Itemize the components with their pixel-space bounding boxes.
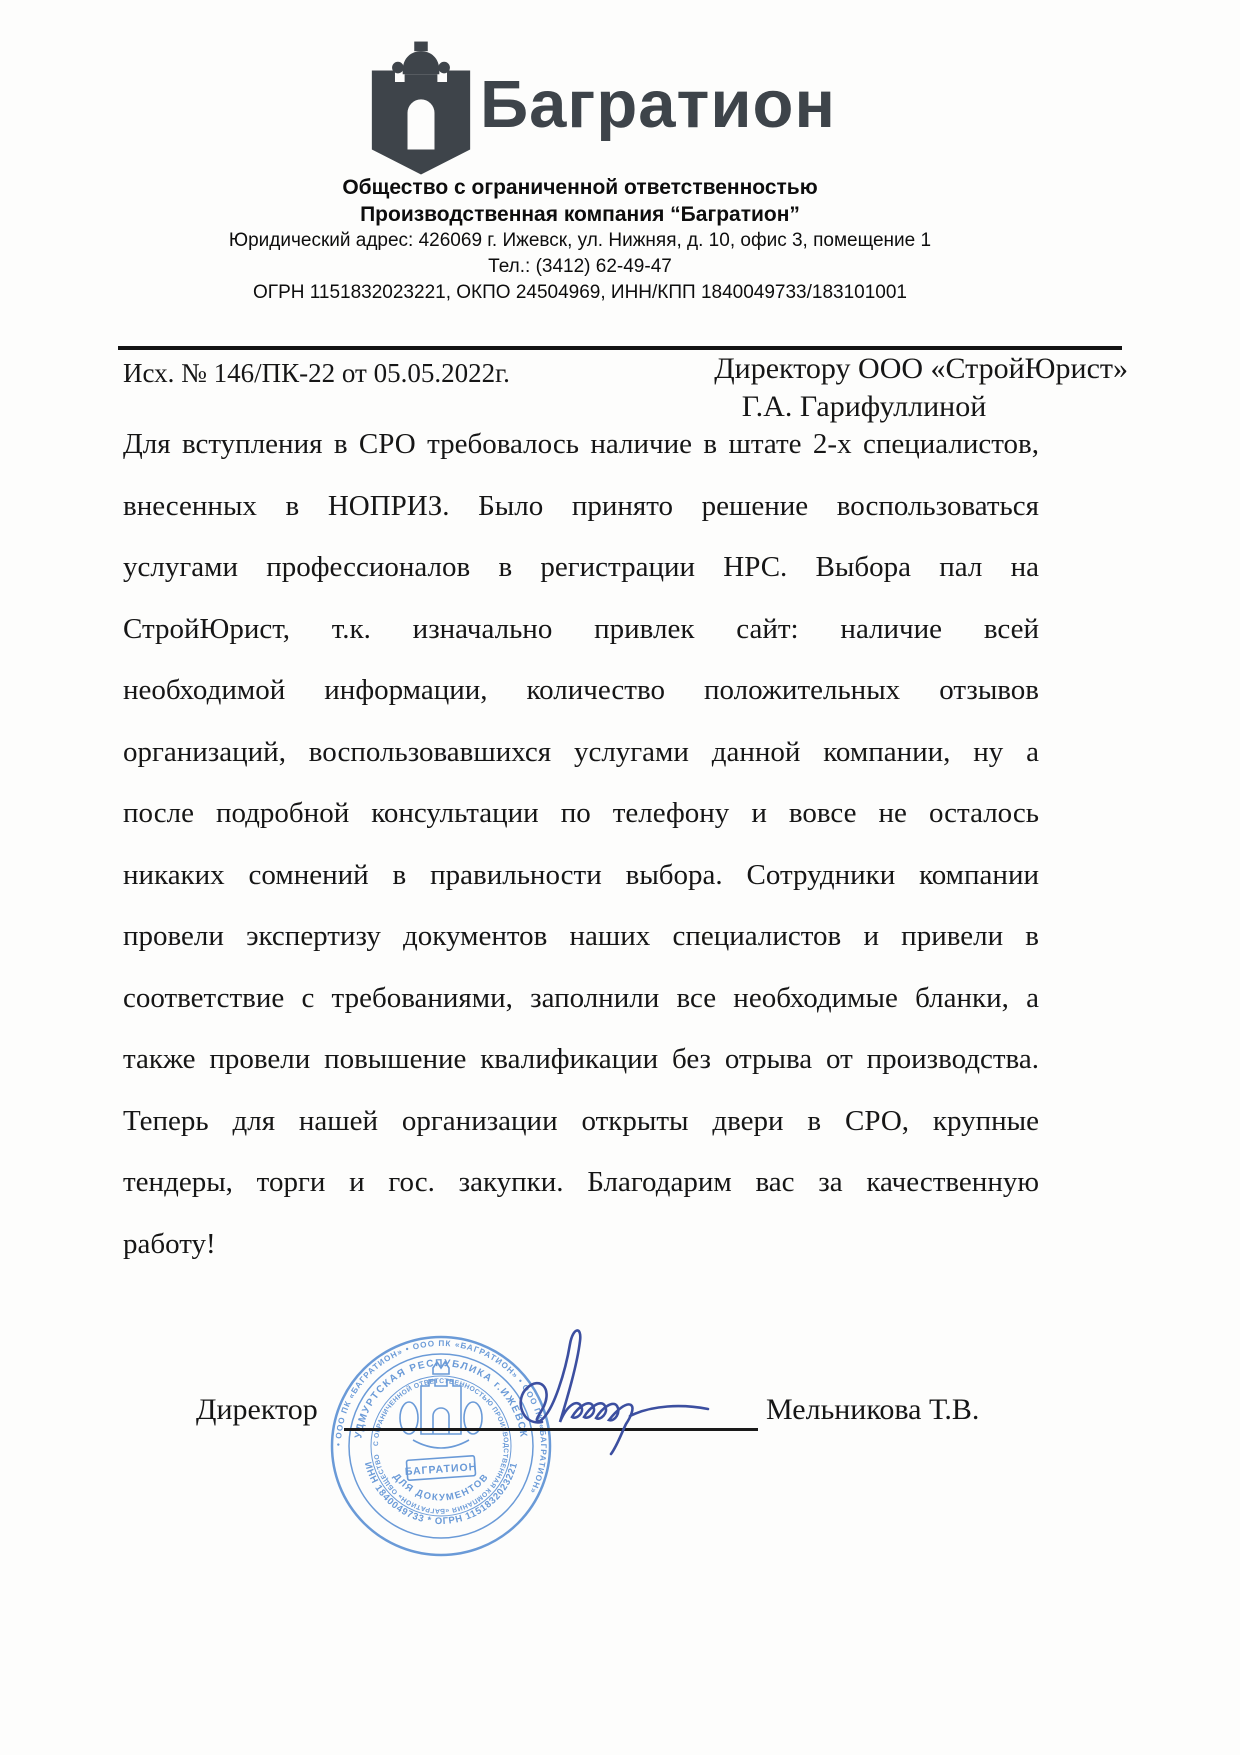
body-line: после подробной консультации по телефону… [123, 783, 1039, 845]
body-line: работу! [123, 1214, 1039, 1276]
body-line: СтройЮрист, т.к. изначально привлек сайт… [123, 599, 1039, 661]
signer-position-label: Директор [196, 1393, 318, 1427]
body-line: тендеры, торги и гос. закупки. Благодари… [123, 1152, 1039, 1214]
body-line: никаких сомнений в правильности выбора. … [123, 845, 1039, 907]
stamp-emblem-icon [400, 1362, 482, 1448]
letter-page: Багратион Общество с ограниченной ответс… [0, 0, 1240, 1755]
org-registration-numbers: ОГРН 1151832023221, ОКПО 24504969, ИНН/К… [40, 280, 1120, 306]
body-line: соответствие с требованиями, заполнили в… [123, 968, 1039, 1030]
handwritten-signature [480, 1300, 820, 1470]
body-line: также провели повышение квалификации без… [123, 1029, 1039, 1091]
body-line: необходимой информации, количество полож… [123, 660, 1039, 722]
org-info-block: Общество с ограниченной ответственностью… [40, 174, 1120, 306]
body-line: организаций, воспользовавшихся услугами … [123, 722, 1039, 784]
castle-tower-icon [368, 40, 474, 178]
org-name-line1: Общество с ограниченной ответственностью [40, 174, 1120, 201]
letter-body: Для вступления в СРО требовалось наличие… [123, 414, 1039, 1275]
logo-wordmark: Багратион [480, 66, 836, 143]
org-name-line2: Производственная компания “Багратион” [40, 201, 1120, 228]
org-address: Юридический адрес: 426069 г. Ижевск, ул.… [40, 228, 1120, 254]
addressee-title: Директору ООО «СтройЮрист» [600, 352, 1128, 386]
body-line: Для вступления в СРО требовалось наличие… [123, 414, 1039, 476]
body-line: Теперь для нашей организации открыты две… [123, 1091, 1039, 1153]
letterhead: Багратион [0, 0, 1240, 185]
body-line: услугами профессионалов в регистрации НР… [123, 537, 1039, 599]
body-line: провели экспертизу документов наших спец… [123, 906, 1039, 968]
org-phone: Тел.: (3412) 62-49-47 [40, 254, 1120, 280]
outgoing-reference-number: Исх. № 146/ПК-22 от 05.05.2022г. [123, 358, 510, 389]
header-divider-rule [118, 346, 1122, 350]
body-line: внесенных в НОПРИЗ. Было принято решение… [123, 476, 1039, 538]
